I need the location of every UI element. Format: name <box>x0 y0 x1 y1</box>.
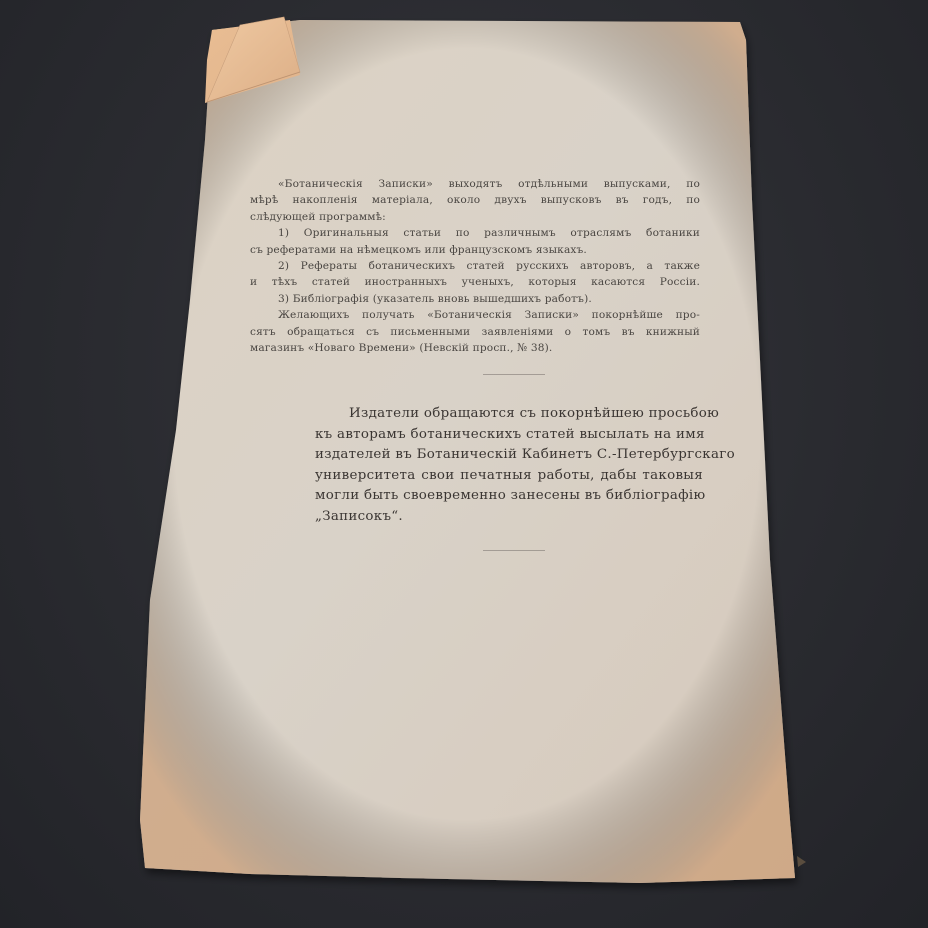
text-line: могли быть своевременно занесены въ библ… <box>315 486 703 507</box>
text-line: университета свои печатныя работы, дабы … <box>315 466 703 487</box>
text-line: „Записокъ“. <box>315 507 703 528</box>
text-line: магазинъ «Новаго Времени» (Невскій просп… <box>250 340 700 356</box>
text-line: «Ботаническія Записки» выходятъ отдѣльны… <box>250 176 700 192</box>
text-line: 1) Оригинальныя статьи по различнымъ отр… <box>250 225 700 241</box>
publisher-request-section: Издатели обращаются съ покорнѣйшею прось… <box>315 404 703 528</box>
printed-text: «Ботаническія Записки» выходятъ отдѣльны… <box>0 0 928 928</box>
text-line: сятъ обращаться съ письменными заявленія… <box>250 324 700 340</box>
text-line: слѣдующей программѣ: <box>250 209 700 225</box>
text-line: съ рефератами на нѣмецкомъ или французск… <box>250 242 700 258</box>
text-line: къ авторамъ ботаническихъ статей высылат… <box>315 425 703 446</box>
text-line: 2) Рефераты ботаническихъ статей русских… <box>250 258 700 274</box>
text-line: Желающихъ получать «Ботаническія Записки… <box>250 307 700 323</box>
separator-rule <box>483 374 545 375</box>
text-line: мѣрѣ накопленія матеріала, около двухъ в… <box>250 192 700 208</box>
publication-info-section: «Ботаническія Записки» выходятъ отдѣльны… <box>250 176 700 356</box>
separator-rule <box>483 550 545 551</box>
photo-scene: «Ботаническія Записки» выходятъ отдѣльны… <box>0 0 928 928</box>
text-line: издателей въ Ботаническій Кабинетъ С.-Пе… <box>315 445 703 466</box>
text-line: и тѣхъ статей иностранныхъ ученыхъ, кото… <box>250 274 700 290</box>
text-line: 3) Библіографія (указатель вновь вышедши… <box>250 291 700 307</box>
text-line: Издатели обращаются съ покорнѣйшею прось… <box>315 404 703 425</box>
